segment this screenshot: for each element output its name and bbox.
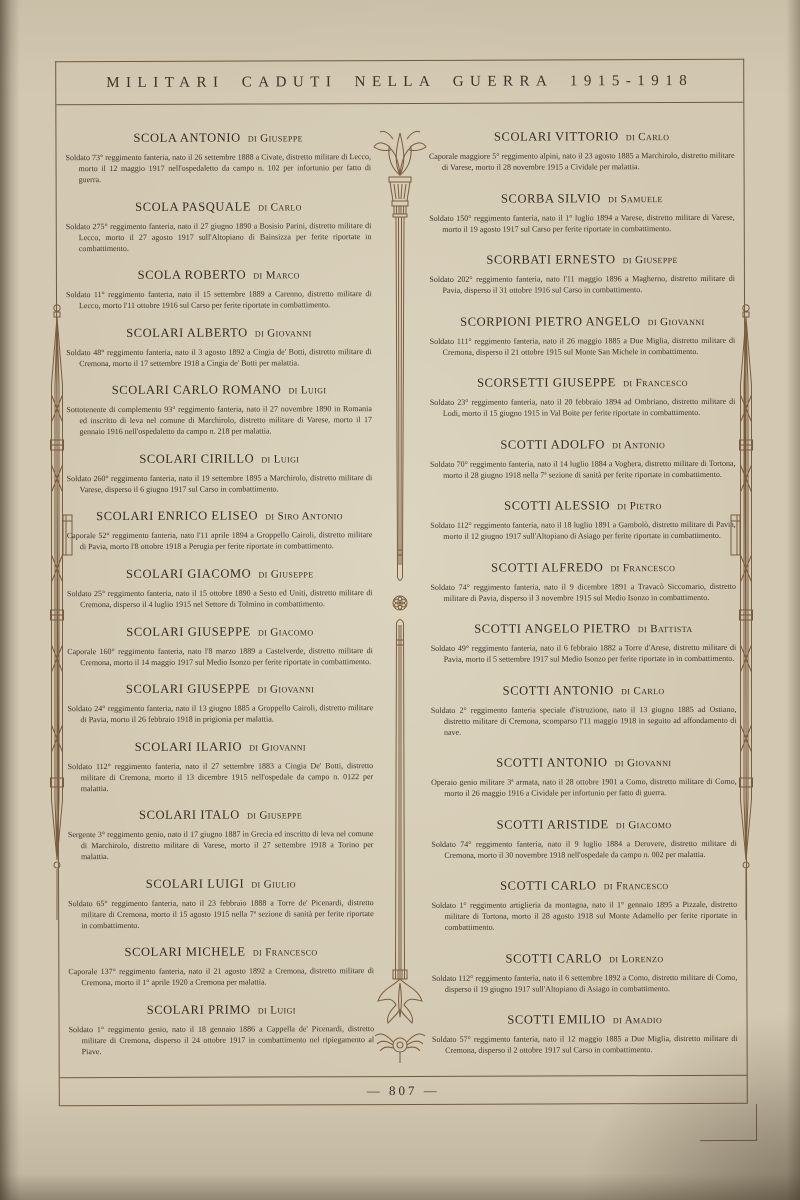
soldier-entry: SCOTTI ANTONIO di Giovanni Operaio genio… (431, 755, 737, 799)
soldier-name: SCOLARI CARLO ROMANO (112, 383, 282, 398)
soldier-patronymic: di Giovanni (612, 757, 672, 769)
soldier-name: SCOTTI ARISTIDE (497, 817, 609, 831)
soldier-entry: SCOLARI PRIMO di Luigi Soldato 1° reggim… (68, 1002, 374, 1057)
soldier-name: SCOLARI MICHELE (124, 945, 245, 959)
soldier-record-text: Sergente 3° reggimento genio, nato il 17… (68, 828, 374, 862)
soldier-record-text: Soldato 112° reggimento fanteria, nato i… (432, 971, 738, 994)
soldier-name: SCOLARI LUIGI (146, 876, 244, 890)
soldier-patronymic: di Giacomo (613, 819, 672, 831)
soldier-record-text: Soldato 48° reggimento fanteria, nato il… (66, 346, 372, 369)
page-number: — 807 — (367, 1082, 440, 1098)
soldier-entry: SCOLARI ITALO di Giuseppe Sergente 3° re… (68, 807, 374, 862)
soldier-record-text: Soldato 73° reggimento fanteria, nato il… (65, 151, 371, 185)
soldier-patronymic: di Carlo (618, 685, 665, 697)
soldier-name: SCOLA ROBERTO (138, 268, 247, 282)
soldier-name-heading: SCOLARI LUIGI di Giulio (68, 876, 374, 892)
soldier-entry: SCOTTI CARLO di Francesco Soldato 1° reg… (431, 878, 737, 933)
soldier-record-text: Soldato 1° reggimento artiglieria da mon… (432, 899, 738, 933)
soldier-name: SCOLARI VITTORIO (494, 129, 619, 143)
soldier-name-heading: SCOLARI CIRILLO di Luigi (67, 451, 373, 467)
soldier-entry: SCOLARI LUIGI di Giulio Soldato 65° regg… (68, 876, 374, 931)
soldier-record-text: Soldato 275° reggimento fanteria, nato i… (66, 220, 372, 254)
soldier-entry: SCOLARI CARLO ROMANO di Luigi Sottotenen… (66, 382, 372, 437)
soldier-name-heading: SCOTTI ARISTIDE di Giacomo (431, 816, 737, 832)
soldier-name: SCOTTI ALFREDO (491, 560, 603, 574)
soldier-record-text: Soldato 1° reggimento genio, nato il 18 … (69, 1023, 375, 1057)
soldier-name: SCORSETTI GIUSEPPE (477, 375, 616, 389)
soldier-patronymic: di Luigi (258, 453, 299, 465)
soldier-patronymic: di Luigi (255, 1004, 296, 1016)
soldier-entry: SCORBA SILVIO di Samuele Soldato 150° re… (429, 190, 735, 234)
scan-shadow-right (786, 0, 800, 1200)
soldier-patronymic: di Marco (250, 269, 300, 281)
soldier-record-text: Soldato 74° reggimento fanteria, nato il… (431, 837, 737, 860)
soldier-patronymic: di Samuele (605, 193, 663, 205)
soldier-name-heading: SCOLARI CARLO ROMANO di Luigi (66, 382, 372, 398)
soldier-name: SCOTTI ANTONIO (496, 755, 607, 769)
soldier-entry: SCOLA ANTONIO di Giuseppe Soldato 73° re… (65, 130, 371, 185)
column-gutter (371, 130, 432, 1056)
soldier-name-heading: SCORBA SILVIO di Samuele (429, 190, 735, 206)
soldier-patronymic: di Siro Antonio (262, 511, 343, 523)
soldier-patronymic: di Giuseppe (255, 568, 313, 580)
soldier-record-text: Soldato 202° reggimento fanteria, nato l… (429, 273, 735, 296)
soldier-patronymic: di Pietro (614, 500, 662, 512)
soldier-entry: SCORSETTI GIUSEPPE di Francesco Soldato … (430, 375, 736, 419)
soldier-record-text: Caporale 137° reggimento fanteria, nato … (68, 965, 374, 988)
soldier-name-heading: SCOLARI GIUSEPPE di Giovanni (67, 681, 373, 697)
soldier-name-heading: SCOLA ROBERTO di Marco (66, 267, 372, 283)
soldier-name: SCOLARI PRIMO (147, 1002, 251, 1016)
soldier-entry: SCOTTI ARISTIDE di Giacomo Soldato 74° r… (431, 816, 737, 860)
soldier-name: SCOLARI ILARIO (135, 739, 242, 753)
soldier-entry: SCORBATI ERNESTO di Giuseppe Soldato 202… (429, 252, 735, 296)
soldier-entry: SCOLARI GIACOMO di Giuseppe Soldato 25° … (67, 566, 373, 610)
soldier-patronymic: di Amadio (610, 1014, 662, 1026)
soldier-name-heading: SCOLARI ITALO di Giuseppe (68, 807, 374, 823)
soldier-record-text: Caporale maggiore 5° reggimento alpini, … (429, 150, 735, 173)
soldier-name-heading: SCOLARI GIACOMO di Giuseppe (67, 566, 373, 582)
soldier-record-text: Soldato 112° reggimento fanteria, nato i… (430, 519, 736, 542)
soldier-name-heading: SCOTTI ANTONIO di Giovanni (431, 755, 737, 771)
soldier-name-heading: SCOLARI MICHELE di Francesco (68, 944, 374, 960)
soldier-record-text: Soldato 2° reggimento fanteria speciale … (431, 703, 737, 737)
soldier-entry: SCOLARI GIUSEPPE di Giovanni Soldato 24°… (67, 681, 373, 725)
soldier-name-heading: SCORPIONI PIETRO ANGELO di Giovanni (430, 313, 736, 329)
soldier-patronymic: di Giovanni (246, 741, 306, 753)
soldier-entry: SCOLARI GIUSEPPE di Giacomo Caporale 160… (67, 624, 373, 668)
soldier-record-text: Soldato 65° reggimento fanteria, nato il… (68, 897, 374, 931)
soldier-name: SCOLA PASQUALE (135, 199, 251, 213)
left-column: SCOLA ANTONIO di Giuseppe Soldato 73° re… (65, 130, 374, 1057)
soldier-name-heading: SCOTTI EMILIO di Amadio (432, 1012, 738, 1028)
soldier-name: SCOTTI CARLO (506, 951, 603, 965)
page-header: MILITARI CADUTI NELLA GUERRA 1915-1918 (56, 60, 743, 105)
soldier-patronymic: di Luigi (285, 385, 326, 397)
soldier-record-text: Soldato 74° reggimento fanteria, nato il… (430, 580, 736, 603)
right-column: SCOLARI VITTORIO di Carlo Caporale maggi… (429, 129, 738, 1056)
soldier-name: SCOLARI ITALO (139, 808, 240, 822)
soldier-name-heading: SCOTTI ALFREDO di Francesco (430, 559, 736, 575)
soldier-entry: SCOTTI ALESSIO di Pietro Soldato 112° re… (430, 498, 736, 542)
soldier-name-heading: SCOTTI ANGELO PIETRO di Battista (431, 621, 737, 637)
soldier-patronymic: di Francesco (250, 947, 318, 959)
soldier-name: SCOLARI GIUSEPPE (126, 624, 251, 638)
soldier-name: SCORPIONI PIETRO ANGELO (460, 314, 641, 329)
soldier-name-heading: SCOLA PASQUALE di Carlo (66, 199, 372, 215)
bottom-right-corner-rule (700, 1104, 757, 1141)
soldier-record-text: Soldato 260° reggimento fanteria, nato i… (67, 472, 373, 495)
scan-shadow-bottom (0, 1174, 800, 1200)
soldier-patronymic: di Carlo (623, 131, 670, 143)
soldier-patronymic: di Giulio (248, 878, 296, 890)
soldier-patronymic: di Francesco (601, 880, 669, 892)
soldier-name-heading: SCOLARI VITTORIO di Carlo (429, 129, 735, 145)
soldier-name: SCORBA SILVIO (501, 191, 601, 205)
soldier-patronymic: di Carlo (255, 201, 302, 213)
soldier-record-text: Operaio genio militare 3ª armata, nato i… (431, 776, 737, 799)
soldier-name-heading: SCOLARI GIUSEPPE di Giacomo (67, 624, 373, 640)
page-number-band: — 807 — (60, 1075, 747, 1106)
soldier-record-text: Soldato 49° reggimento fanteria, nato il… (431, 642, 737, 665)
page-title: MILITARI CADUTI NELLA GUERRA 1915-1918 (106, 72, 693, 91)
soldier-name-heading: SCORBATI ERNESTO di Giuseppe (429, 252, 735, 268)
soldier-patronymic: di Giuseppe (620, 254, 678, 266)
soldier-record-text: Soldato 57° reggimento fanteria, nato il… (432, 1033, 738, 1056)
soldier-name: SCOTTI EMILIO (507, 1012, 605, 1026)
soldier-record-text: Soldato 11° reggimento fanteria, nato il… (66, 288, 372, 311)
soldier-record-text: Caporale 52° reggimento fanteria, nato l… (67, 529, 373, 552)
soldier-name: SCOTTI ANTONIO (503, 683, 614, 697)
soldier-name: SCOTTI ANGELO PIETRO (474, 621, 631, 636)
soldier-name: SCOLA ANTONIO (133, 131, 240, 145)
soldier-name-heading: SCOTTI CARLO di Francesco (431, 878, 737, 894)
soldier-record-text: Soldato 23° reggimento fanteria, nato il… (430, 396, 736, 419)
soldier-patronymic: di Giuseppe (245, 132, 303, 144)
soldier-record-text: Soldato 111° reggimento fanteria, nato i… (430, 334, 736, 357)
soldier-patronymic: di Lorenzo (606, 953, 664, 965)
soldier-entry: SCOLARI ILARIO di Giovanni Soldato 112° … (68, 739, 374, 794)
soldier-entry: SCOLA PASQUALE di Carlo Soldato 275° reg… (66, 199, 372, 254)
soldier-patronymic: di Francesco (620, 377, 688, 389)
soldier-entry: SCOTTI CARLO di Lorenzo Soldato 112° reg… (432, 950, 738, 994)
soldier-name-heading: SCOLARI ILARIO di Giovanni (68, 739, 374, 755)
soldier-entry: SCOTTI ANTONIO di Carlo Soldato 2° reggi… (431, 682, 737, 737)
soldier-entry: SCOTTI ADOLFO di Antonio Soldato 70° reg… (430, 436, 736, 480)
soldier-name: SCOLARI ENRICO ELISEO (96, 509, 258, 524)
soldier-patronymic: di Giacomo (255, 626, 314, 638)
soldier-patronymic: di Giovanni (254, 683, 314, 695)
soldier-name-heading: SCOTTI ANTONIO di Carlo (431, 682, 737, 698)
soldier-name: SCOTTI CARLO (500, 878, 597, 892)
soldier-entry: SCOLA ROBERTO di Marco Soldato 11° reggi… (66, 267, 372, 311)
soldier-name: SCOTTI ALESSIO (504, 498, 610, 512)
soldier-name: SCOLARI GIACOMO (126, 566, 251, 580)
page-content: SCOLA ANTONIO di Giuseppe Soldato 73° re… (56, 103, 746, 1077)
soldier-name: SCORBATI ERNESTO (486, 252, 615, 266)
soldier-record-text: Soldato 24° reggimento fanteria, nato il… (67, 702, 373, 725)
page-frame: MILITARI CADUTI NELLA GUERRA 1915-1918 S… (55, 59, 748, 1106)
soldier-patronymic: di Giuseppe (244, 810, 302, 822)
soldier-record-text: Sottotenente di complemento 93° reggimen… (66, 403, 372, 437)
soldier-record-text: Soldato 112° reggimento fanteria, nato i… (68, 760, 374, 794)
soldier-entry: SCOLARI ALBERTO di Giovanni Soldato 48° … (66, 325, 372, 369)
soldier-name-heading: SCOTTI CARLO di Lorenzo (432, 950, 738, 966)
soldier-patronymic: di Francesco (607, 562, 675, 574)
soldier-patronymic: di Giovanni (252, 327, 312, 339)
soldier-entry: SCOTTI EMILIO di Amadio Soldato 57° regg… (432, 1012, 738, 1056)
soldier-patronymic: di Giovanni (645, 315, 705, 327)
soldier-name-heading: SCOTTI ALESSIO di Pietro (430, 498, 736, 514)
soldier-patronymic: di Battista (635, 623, 693, 635)
soldier-name-heading: SCOLA ANTONIO di Giuseppe (65, 130, 371, 146)
scan-shadow-left (0, 0, 20, 1200)
soldier-entry: SCOTTI ALFREDO di Francesco Soldato 74° … (430, 559, 736, 603)
soldier-entry: SCOTTI ANGELO PIETRO di Battista Soldato… (431, 621, 737, 665)
soldier-record-text: Soldato 70° reggimento fanteria, nato il… (430, 457, 736, 480)
soldier-name-heading: SCOLARI PRIMO di Luigi (68, 1002, 374, 1018)
soldier-entry: SCOLARI MICHELE di Francesco Caporale 13… (68, 944, 374, 988)
soldier-name: SCOTTI ADOLFO (500, 437, 605, 451)
soldier-name-heading: SCOLARI ENRICO ELISEO di Siro Antonio (67, 508, 373, 524)
soldier-name: SCOLARI ALBERTO (126, 325, 248, 339)
soldier-record-text: Caporale 160° reggimento fanteria, nato … (67, 645, 373, 668)
soldier-entry: SCOLARI ENRICO ELISEO di Siro Antonio Ca… (67, 508, 373, 552)
soldier-record-text: Soldato 150° reggimento fanteria, nato i… (429, 211, 735, 234)
soldier-name-heading: SCORSETTI GIUSEPPE di Francesco (430, 375, 736, 391)
soldier-entry: SCORPIONI PIETRO ANGELO di Giovanni Sold… (430, 313, 736, 357)
soldier-record-text: Soldato 25° reggimento fanteria, nato il… (67, 587, 373, 610)
soldier-patronymic: di Antonio (609, 439, 665, 451)
soldier-name: SCOLARI CIRILLO (139, 451, 254, 465)
soldier-entry: SCOLARI VITTORIO di Carlo Caporale maggi… (429, 129, 735, 173)
soldier-name: SCOLARI GIUSEPPE (126, 682, 251, 696)
soldier-name-heading: SCOLARI ALBERTO di Giovanni (66, 325, 372, 341)
soldier-entry: SCOLARI CIRILLO di Luigi Soldato 260° re… (67, 451, 373, 495)
soldier-name-heading: SCOTTI ADOLFO di Antonio (430, 436, 736, 452)
